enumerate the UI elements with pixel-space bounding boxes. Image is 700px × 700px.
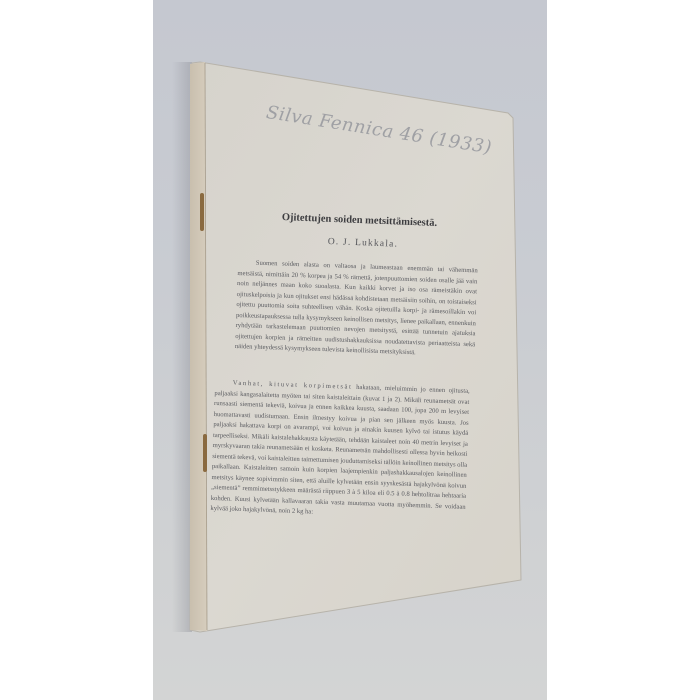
handwritten-citation: Silva Fennica 46 (1933) <box>265 102 494 158</box>
paragraph-2-text: hakataan, mieluimmin jo ennen ojitusta, … <box>210 384 469 516</box>
body-paragraph-1: Suomen soiden alasta on valtaosa ja laum… <box>235 258 478 361</box>
body-paragraph-2: Vanhat, kituvat korpimetsät hakataan, mi… <box>210 378 470 523</box>
document-author: O. J. Lukkala. <box>328 237 399 250</box>
paragraph-2-lead: Vanhat, kituvat korpimetsät <box>233 380 353 391</box>
document-title: Ojitettujen soiden metsittämisestä. <box>282 212 438 229</box>
